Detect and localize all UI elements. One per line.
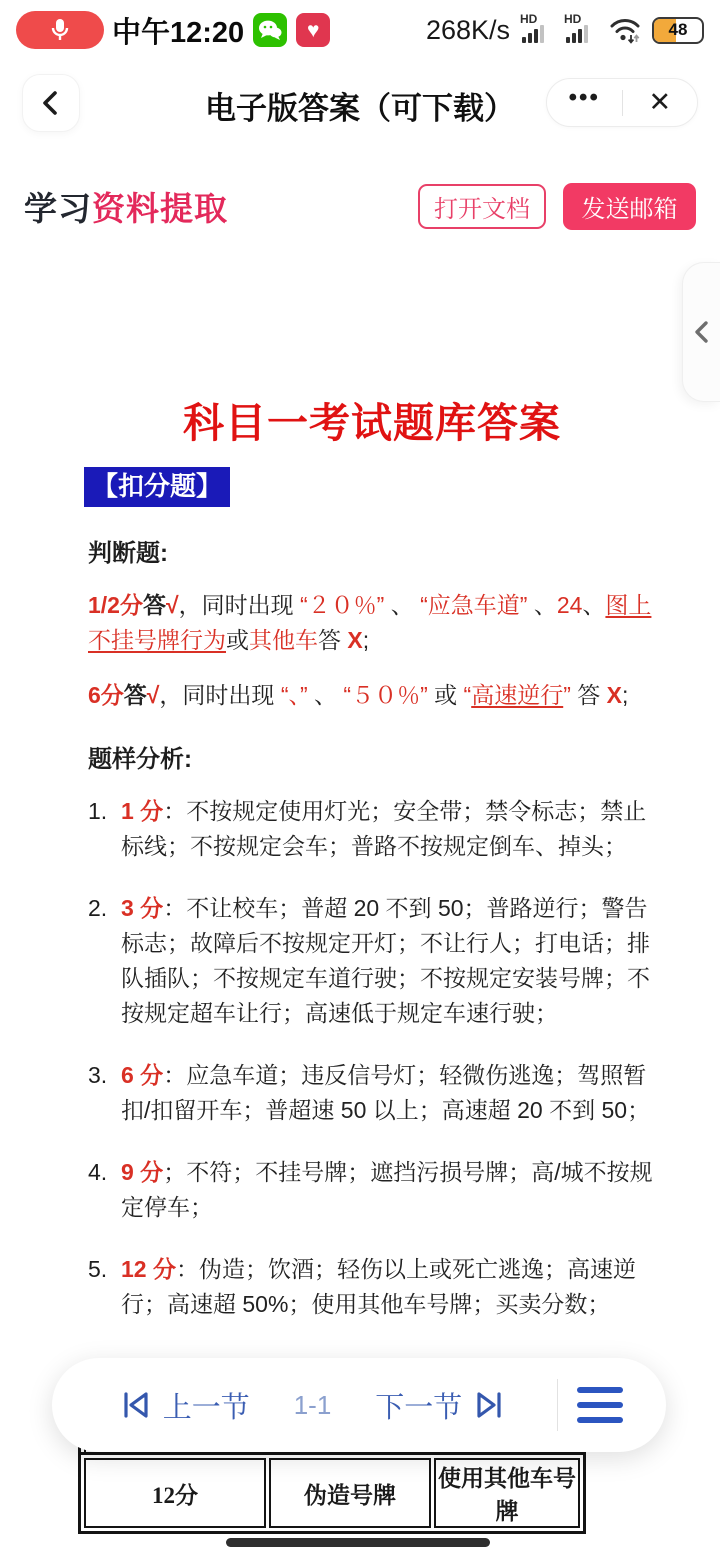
open-document-button[interactable]: 打开文档 bbox=[418, 184, 546, 229]
list-text: 伪造；饮酒；轻伤以上或死亡逃逸；高速逆行；高速超 50%；使用其他车号牌；买卖分… bbox=[121, 1256, 636, 1317]
close-icon: ✕ bbox=[648, 87, 671, 118]
score-label: 1 分 bbox=[121, 798, 163, 824]
list-item: 5. 12 分：伪造；饮酒；轻伤以上或死亡逃逸；高速逆行；高速超 50%；使用其… bbox=[88, 1252, 656, 1322]
document-title: 科目一考试题库答案 bbox=[88, 390, 656, 449]
list-text: 不按规定使用灯光；安全带；禁令标志；禁止标线；不按规定会车；普路不按规定倒车、掉… bbox=[121, 798, 646, 859]
catalog-menu-button[interactable] bbox=[564, 1377, 636, 1433]
back-button[interactable] bbox=[22, 74, 80, 132]
skip-previous-icon bbox=[119, 1389, 153, 1421]
wifi-icon bbox=[608, 15, 642, 45]
microphone-active-pill[interactable] bbox=[16, 11, 104, 49]
table-row: 12分 伪造号牌 使用其他车号牌 bbox=[84, 1458, 580, 1528]
list-number: 1. bbox=[88, 794, 121, 864]
brand-logo: 学习资料提取 bbox=[24, 183, 228, 230]
close-button[interactable]: ✕ bbox=[623, 79, 698, 126]
list-text: 不符；不挂号牌；遮挡污损号牌；高/城不按规定停车； bbox=[121, 1159, 653, 1220]
toolbar-buttons: 打开文档 发送邮箱 bbox=[418, 183, 696, 230]
pager-divider bbox=[557, 1379, 558, 1431]
more-button[interactable]: ••• bbox=[547, 79, 622, 126]
score-label: 12 分 bbox=[121, 1256, 176, 1282]
hd-badge: HD bbox=[564, 12, 581, 26]
rule-paragraph-six: 6分答√，同时出现 “、” 、 “５０％” 或 “高速逆行” 答 X; bbox=[88, 678, 656, 713]
score-separator: ： bbox=[163, 1062, 186, 1088]
list-number: 2. bbox=[88, 891, 121, 1031]
send-email-button[interactable]: 发送邮箱 bbox=[563, 183, 696, 230]
microphone-icon bbox=[49, 17, 71, 43]
plate-deduction-table-row2: 12分 伪造号牌 使用其他车号牌 bbox=[78, 1452, 586, 1534]
document-page: 科目一考试题库答案 【扣分题】 判断题: 1/2分答√，同时出现 “２０％” 、… bbox=[0, 234, 720, 1511]
sim2-signal-icon: HD bbox=[564, 13, 598, 47]
list-number: 5. bbox=[88, 1252, 121, 1322]
status-bar-right: 268K/s HD HD 48 bbox=[426, 13, 704, 47]
pager-controls: 上一节 1-1 下一节 bbox=[82, 1385, 543, 1426]
list-text: 应急车道；违反信号灯；轻微伤逃逸；驾照暂扣/扣留开车；普超速 50 以上；高速超… bbox=[121, 1062, 650, 1123]
side-drawer-handle[interactable] bbox=[682, 262, 720, 402]
previous-section-label: 上一节 bbox=[163, 1385, 250, 1426]
clock: 中午12:20 bbox=[112, 10, 244, 51]
sim1-signal-icon: HD bbox=[520, 13, 554, 47]
list-number: 4. bbox=[88, 1155, 121, 1225]
table-cell: 伪造号牌 bbox=[269, 1458, 431, 1528]
score-label: 3 分 bbox=[121, 895, 163, 921]
chevron-left-icon bbox=[37, 87, 65, 119]
judgement-heading: 判断题: bbox=[88, 533, 656, 568]
section-indicator: 1-1 bbox=[294, 1390, 332, 1421]
hd-badge: HD bbox=[520, 12, 537, 26]
list-item: 4. 9 分；不符；不挂号牌；遮挡污损号牌；高/城不按规定停车； bbox=[88, 1155, 656, 1225]
next-section-label: 下一节 bbox=[375, 1385, 462, 1426]
list-text: 不让校车；普超 20 不到 50；普路逆行；警告标志；故障后不按规定开灯；不让行… bbox=[121, 895, 650, 1026]
score-separator: ： bbox=[163, 895, 186, 921]
nav-header: 电子版答案（可下载） ••• ✕ bbox=[0, 60, 720, 150]
score-separator: ： bbox=[163, 798, 186, 824]
deduction-section-tag: 【扣分题】 bbox=[84, 467, 230, 507]
score-label: 6 分 bbox=[121, 1062, 163, 1088]
wechat-icon bbox=[253, 13, 287, 47]
chevron-left-icon bbox=[689, 314, 715, 350]
heart-glyph: ♥ bbox=[307, 20, 319, 41]
next-section-button[interactable]: 下一节 bbox=[375, 1385, 506, 1426]
section-pager: 上一节 1-1 下一节 bbox=[52, 1358, 666, 1452]
battery-percent: 48 bbox=[669, 20, 688, 40]
list-number: 3. bbox=[88, 1058, 121, 1128]
network-speed: 268K/s bbox=[426, 15, 510, 46]
heart-app-icon: ♥ bbox=[296, 13, 330, 47]
miniprogram-capsule: ••• ✕ bbox=[546, 78, 698, 127]
previous-section-button[interactable]: 上一节 bbox=[119, 1385, 250, 1426]
score-label: 9 分 bbox=[121, 1159, 163, 1185]
status-bar: 中午12:20 ♥ 268K/s HD HD bbox=[0, 0, 720, 60]
app-screen: 中午12:20 ♥ 268K/s HD HD bbox=[0, 0, 720, 1560]
analysis-heading: 题样分析: bbox=[88, 739, 656, 774]
logo-text-primary: 学习 bbox=[24, 190, 92, 227]
menu-icon bbox=[577, 1387, 623, 1393]
score-separator: ； bbox=[163, 1159, 186, 1185]
analysis-list: 1. 1 分：不按规定使用灯光；安全带；禁令标志；禁止标线；不按规定会车；普路不… bbox=[88, 794, 656, 1322]
more-icon: ••• bbox=[569, 84, 600, 122]
score-separator: ： bbox=[176, 1256, 199, 1282]
table-cell: 12分 bbox=[84, 1458, 266, 1528]
rule-paragraph-half2: 1/2分答√，同时出现 “２０％” 、 “应急车道” 、24、图上不挂号牌行为或… bbox=[88, 588, 656, 658]
table-cell: 使用其他车号牌 bbox=[434, 1458, 580, 1528]
battery-icon: 48 bbox=[652, 17, 704, 44]
list-item: 1. 1 分：不按规定使用灯光；安全带；禁令标志；禁止标线；不按规定会车；普路不… bbox=[88, 794, 656, 864]
skip-next-icon bbox=[472, 1389, 506, 1421]
home-indicator[interactable] bbox=[226, 1538, 490, 1547]
action-toolbar: 学习资料提取 打开文档 发送邮箱 bbox=[0, 178, 720, 234]
list-item: 3. 6 分：应急车道；违反信号灯；轻微伤逃逸；驾照暂扣/扣留开车；普超速 50… bbox=[88, 1058, 656, 1128]
plate-table-bottom-row-wrap: 12分 伪造号牌 使用其他车号牌 bbox=[78, 1452, 586, 1534]
list-item: 2. 3 分：不让校车；普超 20 不到 50；普路逆行；警告标志；故障后不按规… bbox=[88, 891, 656, 1031]
logo-text-accent: 资料提取 bbox=[92, 190, 228, 227]
